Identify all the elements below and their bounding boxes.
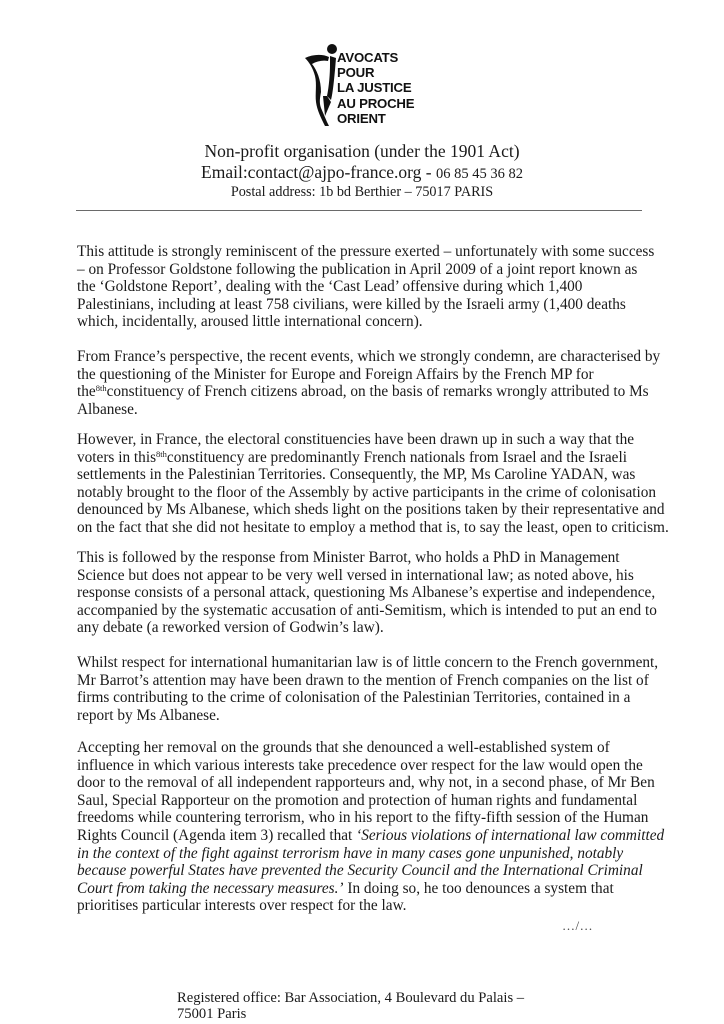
- contact-line: Email:contact@ajpo-france.org - 06 85 45…: [0, 162, 724, 183]
- text-line: – on Professor Goldstone following the p…: [77, 261, 654, 279]
- text-line: Saul, Special Rapporteur on the promotio…: [77, 792, 664, 810]
- text-line: firms contributing to the crime of colon…: [77, 689, 658, 707]
- logo-line: AU PROCHE: [337, 96, 414, 111]
- text-line: freedoms while countering terrorism, who…: [77, 809, 664, 827]
- text-line: denounced by Ms Albanese, which sheds li…: [77, 501, 669, 519]
- organisation-logo: AVOCATS POUR LA JUSTICE AU PROCHE ORIENT: [303, 40, 483, 128]
- text-line: This attitude is strongly reminiscent of…: [77, 243, 654, 261]
- paragraph-4: This is followed by the response from Mi…: [77, 549, 657, 637]
- text-line: the8thconstituency of French citizens ab…: [77, 383, 660, 401]
- text-line: Mr Barrot’s attention may have been draw…: [77, 672, 658, 690]
- text-line: settlements in the Palestinian Territori…: [77, 466, 669, 484]
- phone-number: 06 85 45 36 82: [436, 166, 523, 182]
- logo-wordmark: AVOCATS POUR LA JUSTICE AU PROCHE ORIENT: [337, 50, 414, 126]
- organisation-type: Non-profit organisation (under the 1901 …: [0, 141, 724, 162]
- header-divider: [76, 210, 642, 211]
- text-line: accompanied by the systematic accusation…: [77, 602, 657, 620]
- logo-line: AVOCATS: [337, 50, 414, 65]
- text-line: Accepting her removal on the grounds tha…: [77, 739, 664, 757]
- text-line: However, in France, the electoral consti…: [77, 431, 669, 449]
- text-line: the questioning of the Minister for Euro…: [77, 366, 660, 384]
- text-line: Science but does not appear to be very w…: [77, 567, 657, 585]
- logo-line: POUR: [337, 65, 414, 80]
- text-line: any debate (a reworked version of Godwin…: [77, 619, 657, 637]
- paragraph-2: From France’s perspective, the recent ev…: [77, 348, 660, 418]
- email-link[interactable]: Email:contact@ajpo-france.org -: [201, 162, 436, 182]
- text-line: This is followed by the response from Mi…: [77, 549, 657, 567]
- continuation-mark: …/…: [562, 918, 593, 934]
- text-line: Palestinians, including at least 758 civ…: [77, 296, 654, 314]
- text-line: report by Ms Albanese.: [77, 707, 658, 725]
- logo-line: ORIENT: [337, 111, 414, 126]
- paragraph-6: Accepting her removal on the grounds tha…: [77, 739, 664, 915]
- text-line: Court from taking the necessary measures…: [77, 880, 664, 898]
- registered-office: Registered office: Bar Association, 4 Bo…: [177, 990, 524, 1022]
- text-line: because powerful States have prevented t…: [77, 862, 664, 880]
- text-line: Rights Council (Agenda item 3) recalled …: [77, 827, 664, 845]
- text-line: notably brought to the floor of the Asse…: [77, 484, 669, 502]
- text-line: the ‘Goldstone Report’, dealing with the…: [77, 278, 654, 296]
- paragraph-3: However, in France, the electoral consti…: [77, 431, 669, 537]
- registered-office-line: Registered office: Bar Association, 4 Bo…: [177, 990, 524, 1006]
- text-line: response consists of a personal attack, …: [77, 584, 657, 602]
- text-line: on the fact that she did not hesitate to…: [77, 519, 669, 537]
- registered-office-line: 75001 Paris: [177, 1006, 524, 1022]
- text-line: Albanese.: [77, 401, 660, 419]
- text-line: door to the removal of all independent r…: [77, 774, 664, 792]
- text-line: influence in which various interests tak…: [77, 757, 664, 775]
- text-line: voters in this8thconstituency are predom…: [77, 449, 669, 467]
- paragraph-1: This attitude is strongly reminiscent of…: [77, 243, 654, 331]
- text-line: prioritises particular interests over re…: [77, 897, 664, 915]
- text-line: in the context of the fight against terr…: [77, 845, 664, 863]
- postal-address: Postal address: 1b bd Berthier – 75017 P…: [0, 184, 724, 201]
- text-line: From France’s perspective, the recent ev…: [77, 348, 660, 366]
- text-line: which, incidentally, aroused little inte…: [77, 313, 654, 331]
- paragraph-5: Whilst respect for international humanit…: [77, 654, 658, 724]
- logo-line: LA JUSTICE: [337, 80, 414, 95]
- text-line: Whilst respect for international humanit…: [77, 654, 658, 672]
